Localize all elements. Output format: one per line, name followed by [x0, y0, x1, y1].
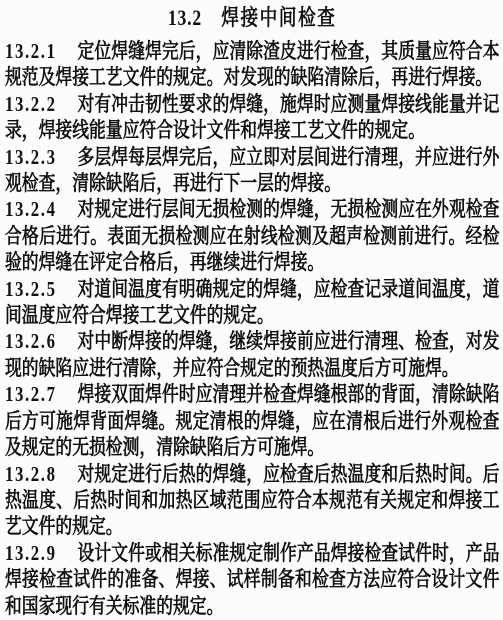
clause-text: 对道间温度有明确规定的焊缝，应检查记录道间温度，道间温度应符合焊接工艺文件的规定… — [5, 277, 499, 327]
clause-number: 13.2.3 — [5, 145, 77, 169]
section-heading-title: 焊接中间检查 — [221, 5, 336, 30]
document-page: 13.2焊接中间检查 13.2.1定位焊缝焊完后，应清除渣皮进行检查，其质量应符… — [0, 0, 503, 620]
clause-text: 对规定进行层间无损检测的焊缝，无损检测应在外观检查合格后进行。表面无损检测应在射… — [5, 197, 499, 274]
clause-text: 定位焊缝焊完后，应清除渣皮进行检查，其质量应符合本规范及焊接工艺文件的规定。对发… — [5, 39, 499, 89]
clause-number: 13.2.4 — [5, 197, 77, 221]
clause-text: 对中断焊接的焊缝，继续焊接前应进行清理、检查，对发现的缺陷应进行清除，并应符合规… — [5, 329, 499, 379]
clause-13-2-1: 13.2.1定位焊缝焊完后，应清除渣皮进行检查，其质量应符合本规范及焊接工艺文件… — [5, 38, 499, 91]
clause-13-2-2: 13.2.2对有冲击韧性要求的焊缝，施焊时应测量焊接线能量并记录，焊接线能量应符… — [5, 91, 499, 144]
text-block: 13.2焊接中间检查 13.2.1定位焊缝焊完后，应清除渣皮进行检查，其质量应符… — [5, 4, 499, 619]
clause-number: 13.2.9 — [5, 541, 77, 565]
clause-number: 13.2.5 — [5, 277, 77, 301]
clause-13-2-9: 13.2.9设计文件或相关标准规定制作产品焊接检查试件时，产品焊接检查试件的准备… — [5, 540, 499, 619]
section-heading: 13.2焊接中间检查 — [5, 4, 499, 32]
clause-13-2-8: 13.2.8对规定进行后热的焊缝，应检查后热温度和后热时间。后热温度、后热时间和… — [5, 461, 499, 540]
clause-text: 焊接双面焊件时应清理并检查焊缝根部的背面，清除缺陷后方可施焊背面焊缝。规定清根的… — [5, 382, 499, 459]
section-heading-number: 13.2 — [168, 5, 202, 30]
clause-text: 对规定进行后热的焊缝，应检查后热温度和后热时间。后热温度、后热时间和加热区域范围… — [5, 462, 499, 539]
clause-13-2-4: 13.2.4对规定进行层间无损检测的焊缝，无损检测应在外观检查合格后进行。表面无… — [5, 196, 499, 275]
clause-number: 13.2.8 — [5, 462, 77, 486]
clause-number: 13.2.2 — [5, 92, 77, 116]
clause-13-2-5: 13.2.5对道间温度有明确规定的焊缝，应检查记录道间温度，道间温度应符合焊接工… — [5, 276, 499, 329]
clause-number: 13.2.6 — [5, 329, 77, 353]
clause-number: 13.2.7 — [5, 382, 77, 406]
clause-text: 多层焊每层焊完后，应立即对层间进行清理，并应进行外观检查，清除缺陷后，再进行下一… — [5, 145, 499, 195]
clause-13-2-7: 13.2.7焊接双面焊件时应清理并检查焊缝根部的背面，清除缺陷后方可施焊背面焊缝… — [5, 381, 499, 460]
clause-13-2-3: 13.2.3多层焊每层焊完后，应立即对层间进行清理，并应进行外观检查，清除缺陷后… — [5, 144, 499, 197]
clause-text: 对有冲击韧性要求的焊缝，施焊时应测量焊接线能量并记录，焊接线能量应符合设计文件和… — [5, 92, 499, 142]
clause-13-2-6: 13.2.6对中断焊接的焊缝，继续焊接前应进行清理、检查，对发现的缺陷应进行清除… — [5, 328, 499, 381]
clause-text: 设计文件或相关标准规定制作产品焊接检查试件时，产品焊接检查试件的准备、焊接、试样… — [5, 541, 499, 618]
clause-number: 13.2.1 — [5, 39, 77, 63]
